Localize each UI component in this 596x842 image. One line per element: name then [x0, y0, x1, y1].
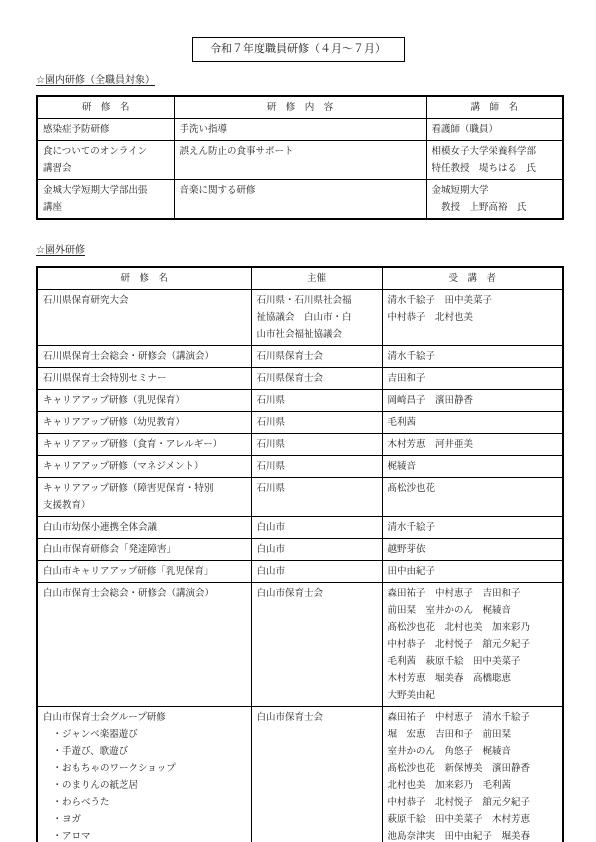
table-row: 金城大学短期大学部出張講座音楽に関する研修金城短期大学 教授 上野高裕 氏 [37, 180, 563, 220]
table-row: キャリアアップ研修（障害児保育・特別支援教育）石川県髙松沙也花 [37, 478, 563, 517]
cell-line: キャリアアップ研修（乳児保育） [43, 392, 246, 409]
table-cell: 木村芳恵 河井亜美 [382, 434, 563, 456]
header-row: 研 修 名主催受 講 者 [37, 267, 563, 290]
cell-line: 大野美由紀 [388, 687, 558, 704]
cell-line: 石川県 [257, 436, 377, 453]
table-cell: 清水千絵子 田中美菜子中村恭子 北村也美 [382, 290, 563, 346]
table-cell: 石川県保育士会総会・研修会（講演会） [37, 346, 251, 368]
table-cell: 白山市 [251, 517, 382, 539]
cell-line: 萩原千絵 田中美菜子 木村芳恵 [388, 811, 558, 828]
table-row: 白山市キャリアアップ研修「乳児保育」白山市田中由紀子 [37, 561, 563, 583]
header-row: 研 修 名研 修 内 容講 師 名 [37, 96, 563, 119]
cell-line: キャリアアップ研修（障害児保育・特別 [43, 480, 246, 497]
cell-line: ・ジャンベ楽器遊び [43, 726, 246, 743]
cell-line: 看護師（職員） [432, 121, 558, 138]
cell-line: 金城短期大学 [432, 182, 558, 199]
table-cell: 岡崎昌子 濱田静香 [382, 390, 563, 412]
table-cell: キャリアアップ研修（幼児教育） [37, 412, 251, 434]
cell-line: 室井かのん 角悠子 梶綾音 [388, 743, 558, 760]
cell-line: 石川県保育士会総会・研修会（講演会） [43, 348, 246, 365]
column-header: 受 講 者 [382, 267, 563, 290]
table-cell: 田中由紀子 [382, 561, 563, 583]
cell-line: 白山市保育士会 [257, 709, 377, 726]
cell-line: 中村恭子 北村悦子 舘元夕紀子 [388, 636, 558, 653]
table-cell: 食についてのオンライン講習会 [37, 141, 174, 180]
cell-line: 石川県・石川県社会福 [257, 292, 377, 309]
cell-line: 白山市保育研修会「発達障害」 [43, 541, 246, 558]
table-cell: 金城短期大学 教授 上野高裕 氏 [426, 180, 563, 220]
cell-line: 中村恭子 北村也美 [388, 309, 558, 326]
table-cell: 石川県保育士会特別セミナー [37, 368, 251, 390]
table-row: キャリアアップ研修（食育・アレルギー）石川県木村芳恵 河井亜美 [37, 434, 563, 456]
cell-line: 池島奈津実 田中由紀子 堀美春 [388, 828, 558, 842]
table-cell: キャリアアップ研修（食育・アレルギー） [37, 434, 251, 456]
cell-line: 田中由紀子 [388, 563, 558, 580]
cell-line: ・アロマ [43, 828, 246, 842]
cell-line: ・わらべうた [43, 794, 246, 811]
table-cell: 清水千絵子 [382, 517, 563, 539]
table-row: 石川県保育研究大会石川県・石川県社会福祉協議会 白山市・白山市社会福祉協議会清水… [37, 290, 563, 346]
table-row: 白山市保育士会総会・研修会（講演会）白山市保育士会森田祐子 中村恵子 吉田和子前… [37, 583, 563, 707]
cell-line: 石川県 [257, 414, 377, 431]
internal-training-table: 研 修 名研 修 内 容講 師 名感染症予防研修手洗い指導看護師（職員）食につい… [36, 95, 564, 220]
table-row: 食についてのオンライン講習会誤えん防止の食事サポート相模女子大学栄養科学部特任教… [37, 141, 563, 180]
cell-line: 木村芳恵 堀美春 高橋聡恵 [388, 670, 558, 687]
cell-line: 石川県保育士会特別セミナー [43, 370, 246, 387]
table-cell: キャリアアップ研修（障害児保育・特別支援教育） [37, 478, 251, 517]
cell-line: 髙松沙也花 [388, 480, 558, 497]
cell-line: 髙松沙也花 北村也美 加来彩乃 [388, 619, 558, 636]
cell-line: 石川県保育士会 [257, 348, 377, 365]
table-cell: 森田祐子 中村恵子 吉田和子前田栞 室井かのん 梶綾音髙松沙也花 北村也美 加来… [382, 583, 563, 707]
table-cell: 白山市 [251, 539, 382, 561]
table-row: 石川県保育士会総会・研修会（講演会）石川県保育士会清水千絵子 [37, 346, 563, 368]
table-cell: 相模女子大学栄養科学部特任教授 堤ちはる 氏 [426, 141, 563, 180]
cell-line: 石川県 [257, 458, 377, 475]
section-heading-external: ☆園外研修 [36, 244, 596, 258]
table-cell: 白山市保育研修会「発達障害」 [37, 539, 251, 561]
cell-line: 感染症予防研修 [43, 121, 169, 138]
table-cell: 白山市保育士会 [251, 583, 382, 707]
table-row: キャリアアップ研修（幼児教育）石川県毛利茜 [37, 412, 563, 434]
cell-line: 前田栞 室井かのん 梶綾音 [388, 602, 558, 619]
cell-line: ・手遊び、歌遊び [43, 743, 246, 760]
table-cell: キャリアアップ研修（マネジメント） [37, 456, 251, 478]
table-cell: 越野芽依 [382, 539, 563, 561]
cell-line: 白山市 [257, 519, 377, 536]
table-cell: 看護師（職員） [426, 119, 563, 141]
table-cell: キャリアアップ研修（乳児保育） [37, 390, 251, 412]
cell-line: 支援教育） [43, 497, 246, 514]
table-cell: 手洗い指導 [174, 119, 426, 141]
table-cell: 感染症予防研修 [37, 119, 174, 141]
table-cell: 石川県保育士会 [251, 368, 382, 390]
cell-line: 手洗い指導 [180, 121, 421, 138]
table-cell: 髙松沙也花 [382, 478, 563, 517]
cell-line: 講座 [43, 199, 169, 216]
column-header: 主催 [251, 267, 382, 290]
cell-line: ・ヨガ [43, 811, 246, 828]
cell-line: 石川県保育研究大会 [43, 292, 246, 309]
table-cell: 白山市キャリアアップ研修「乳児保育」 [37, 561, 251, 583]
table-row: キャリアアップ研修（マネジメント）石川県梶綾音 [37, 456, 563, 478]
cell-line: 北村也美 加来彩乃 毛利茜 [388, 777, 558, 794]
table-cell: 石川県保育研究大会 [37, 290, 251, 346]
cell-line: 白山市幼保小連携全体会議 [43, 519, 246, 536]
cell-line: 越野芽依 [388, 541, 558, 558]
table-cell: 白山市 [251, 561, 382, 583]
table-cell: 石川県保育士会 [251, 346, 382, 368]
cell-line: 清水千絵子 田中美菜子 [388, 292, 558, 309]
cell-line: 石川県 [257, 392, 377, 409]
table-row: 石川県保育士会特別セミナー石川県保育士会吉田和子 [37, 368, 563, 390]
cell-line: 白山市 [257, 541, 377, 558]
table-cell: 石川県・石川県社会福祉協議会 白山市・白山市社会福祉協議会 [251, 290, 382, 346]
external-training-table: 研 修 名主催受 講 者石川県保育研究大会石川県・石川県社会福祉協議会 白山市・… [36, 266, 564, 842]
table-cell: 白山市保育士会 [251, 707, 382, 842]
cell-line: キャリアアップ研修（マネジメント） [43, 458, 246, 475]
table-cell: 吉田和子 [382, 368, 563, 390]
cell-line: 石川県保育士会 [257, 370, 377, 387]
cell-line: 相模女子大学栄養科学部 [432, 143, 558, 160]
page-title: 令和７年度職員研修（４月～７月） [192, 37, 405, 62]
table-row: 白山市幼保小連携全体会議白山市清水千絵子 [37, 517, 563, 539]
cell-line: 木村芳恵 河井亜美 [388, 436, 558, 453]
table-cell: 石川県 [251, 456, 382, 478]
cell-line: 中村恭子 北村悦子 舘元夕紀子 [388, 794, 558, 811]
cell-line: ・のまりんの紙芝居 [43, 777, 246, 794]
cell-line: 白山市保育士会総会・研修会（講演会） [43, 585, 246, 602]
cell-line: 金城大学短期大学部出張 [43, 182, 169, 199]
table-cell: 石川県 [251, 434, 382, 456]
cell-line: 特任教授 堤ちはる 氏 [432, 160, 558, 177]
table-cell: 梶綾音 [382, 456, 563, 478]
table-cell: 石川県 [251, 478, 382, 517]
table-row: 感染症予防研修手洗い指導看護師（職員） [37, 119, 563, 141]
table-cell: 清水千絵子 [382, 346, 563, 368]
cell-line: 山市社会福祉協議会 [257, 326, 377, 343]
table-cell: 石川県 [251, 412, 382, 434]
cell-line: キャリアアップ研修（幼児教育） [43, 414, 246, 431]
cell-line: ・おもちゃのワークショップ [43, 760, 246, 777]
table-row: キャリアアップ研修（乳児保育）石川県岡崎昌子 濱田静香 [37, 390, 563, 412]
cell-line: 岡崎昌子 濱田静香 [388, 392, 558, 409]
table-cell: 白山市保育士会総会・研修会（講演会） [37, 583, 251, 707]
column-header: 研 修 名 [37, 96, 174, 119]
table-cell: 音楽に関する研修 [174, 180, 426, 220]
cell-line: 音楽に関する研修 [180, 182, 421, 199]
cell-line: 白山市保育士会グループ研修 [43, 709, 246, 726]
cell-line: 食についてのオンライン [43, 143, 169, 160]
cell-line: 誤えん防止の食事サポート [180, 143, 421, 160]
column-header: 講 師 名 [426, 96, 563, 119]
document-page: 令和７年度職員研修（４月～７月） ☆園内研修（全職員対象） 研 修 名研 修 内… [0, 0, 596, 842]
section-heading-internal: ☆園内研修（全職員対象） [36, 74, 596, 88]
cell-line: 清水千絵子 [388, 348, 558, 365]
table-row: 白山市保育士会グループ研修 ・ジャンベ楽器遊び ・手遊び、歌遊び ・おもちゃのワ… [37, 707, 563, 842]
cell-line: 森田祐子 中村恵子 吉田和子 [388, 585, 558, 602]
table-cell: 毛利茜 [382, 412, 563, 434]
cell-line: 髙松沙也花 新保博美 濱田静香 [388, 760, 558, 777]
cell-line: 毛利茜 [388, 414, 558, 431]
cell-line: キャリアアップ研修（食育・アレルギー） [43, 436, 246, 453]
table-cell: 白山市幼保小連携全体会議 [37, 517, 251, 539]
table-cell: 誤えん防止の食事サポート [174, 141, 426, 180]
column-header: 研 修 内 容 [174, 96, 426, 119]
cell-line: 石川県 [257, 480, 377, 497]
column-header: 研 修 名 [37, 267, 251, 290]
cell-line: 毛利茜 萩原千絵 田中美菜子 [388, 653, 558, 670]
cell-line: 講習会 [43, 160, 169, 177]
table-cell: 金城大学短期大学部出張講座 [37, 180, 174, 220]
table-cell: 白山市保育士会グループ研修 ・ジャンベ楽器遊び ・手遊び、歌遊び ・おもちゃのワ… [37, 707, 251, 842]
cell-line: 教授 上野高裕 氏 [432, 199, 558, 216]
cell-line: 堀 宏恵 吉田和子 前田栞 [388, 726, 558, 743]
table-cell: 石川県 [251, 390, 382, 412]
cell-line: 白山市 [257, 563, 377, 580]
table-row: 白山市保育研修会「発達障害」白山市越野芽依 [37, 539, 563, 561]
cell-line: 白山市キャリアアップ研修「乳児保育」 [43, 563, 246, 580]
cell-line: 吉田和子 [388, 370, 558, 387]
cell-line: 清水千絵子 [388, 519, 558, 536]
cell-line: 祉協議会 白山市・白 [257, 309, 377, 326]
table-cell: 森田祐子 中村恵子 清水千絵子堀 宏恵 吉田和子 前田栞室井かのん 角悠子 梶綾… [382, 707, 563, 842]
cell-line: 森田祐子 中村恵子 清水千絵子 [388, 709, 558, 726]
cell-line: 梶綾音 [388, 458, 558, 475]
cell-line: 白山市保育士会 [257, 585, 377, 602]
